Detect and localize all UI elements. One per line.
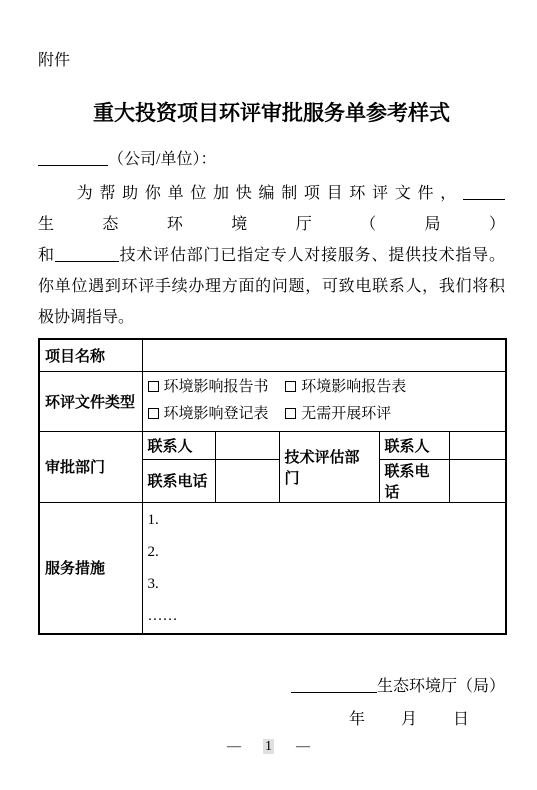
day-label: 日 [453, 711, 469, 728]
checkbox-icon[interactable] [148, 381, 159, 392]
service-measures-label: 服务措施 [39, 502, 142, 634]
checkbox-icon[interactable] [148, 408, 159, 419]
checkbox-option-registration-form[interactable]: 环境影响登记表 [148, 406, 269, 422]
table-row-doc-type: 环评文件类型 环境影响报告书 环境影响报告表 环境影响登记表 无需开展环评 [39, 371, 506, 431]
table-row-project-name: 项目名称 [39, 339, 506, 371]
checkbox-label: 环境影响登记表 [164, 406, 269, 422]
attachment-label: 附件 [38, 52, 505, 70]
doc-type-options-cell: 环境影响报告书 环境影响报告表 环境影响登记表 无需开展环评 [142, 371, 506, 431]
eval-phone-input-cell[interactable] [449, 459, 506, 502]
approval-contact-input-cell[interactable] [215, 431, 279, 459]
footer-right-dash: — [296, 739, 310, 754]
checkbox-line: 环境影响登记表 无需开展环评 [148, 401, 501, 428]
page-footer: —1— [0, 738, 537, 756]
paragraph-line: 你单位遇到环评手续办理方面的问题，可致电联系人，我们将积 [38, 271, 505, 302]
page-title: 重大投资项目环评审批服务单参考样式 [38, 100, 505, 126]
salutation-suffix: （公司/单位）： [108, 151, 216, 168]
paragraph-line: 为帮助你单位加快编制项目环评文件，生态环境厅（局） [38, 178, 505, 240]
checkbox-icon[interactable] [285, 408, 296, 419]
checkbox-line: 环境影响报告书 环境影响报告表 [148, 374, 501, 401]
service-measures-cell[interactable]: 1. 2. 3. …… [142, 502, 506, 634]
service-item: …… [148, 600, 501, 632]
env-dept-name-blank-field[interactable] [463, 195, 505, 200]
paragraph-text: 和 [38, 247, 55, 264]
eval-phone-label: 联系电话 [379, 459, 449, 502]
paragraph-text: 为帮助你单位加快编制项目环评文件， [70, 185, 463, 202]
month-label: 月 [401, 711, 417, 728]
checkbox-option-report-form[interactable]: 环境影响报告表 [285, 379, 406, 395]
eval-dept-name-blank-field[interactable] [55, 257, 119, 262]
checkbox-option-report-book[interactable]: 环境影响报告书 [148, 379, 269, 395]
signature-org-suffix: 生态环境厅（局） [377, 678, 505, 695]
page-number: 1 [263, 739, 274, 754]
company-name-blank-field[interactable] [38, 161, 108, 166]
checkbox-label: 环境影响报告书 [164, 379, 269, 395]
project-name-input-cell[interactable] [142, 339, 506, 371]
salutation-line: （公司/单位）： [38, 150, 505, 170]
service-form-table: 项目名称 环评文件类型 环境影响报告书 环境影响报告表 环境影响登记表 无需开展… [38, 338, 507, 635]
paragraph-line: 极协调指导。 [38, 302, 505, 333]
signature-org-blank-field[interactable] [291, 688, 377, 693]
eval-contact-input-cell[interactable] [449, 431, 506, 459]
project-name-label: 项目名称 [39, 339, 142, 371]
doc-type-label: 环评文件类型 [39, 371, 142, 431]
checkbox-label: 无需开展环评 [301, 406, 391, 422]
approval-phone-label: 联系电话 [142, 459, 215, 502]
eval-dept-label: 技术评估部门 [279, 431, 379, 502]
table-row-service-measures: 服务措施 1. 2. 3. …… [39, 502, 506, 634]
year-label: 年 [349, 711, 365, 728]
approval-contact-label: 联系人 [142, 431, 215, 459]
table-row-approval-dept-contact: 审批部门 联系人 技术评估部门 联系人 [39, 431, 506, 459]
footer-left-dash: — [227, 739, 241, 754]
checkbox-option-no-eia[interactable]: 无需开展环评 [285, 406, 391, 422]
paragraph-line: 和技术评估部门已指定专人对接服务、提供技术指导。 [38, 240, 505, 271]
approval-phone-input-cell[interactable] [215, 459, 279, 502]
paragraph-text: 生态环境厅（局） [38, 216, 505, 233]
paragraph-text: 极协调指导。 [38, 309, 134, 326]
eval-contact-label: 联系人 [379, 431, 449, 459]
document-page: 附件 重大投资项目环评审批服务单参考样式 （公司/单位）： 为帮助你单位加快编制… [0, 0, 537, 790]
signature-line: 生态环境厅（局） [38, 677, 505, 697]
intro-paragraph: 为帮助你单位加快编制项目环评文件，生态环境厅（局） 和技术评估部门已指定专人对接… [38, 178, 505, 333]
date-line: 年月日 [38, 710, 505, 730]
paragraph-text: 技术评估部门已指定专人对接服务、提供技术指导。 [119, 247, 505, 264]
checkbox-label: 环境影响报告表 [301, 379, 406, 395]
paragraph-text: 你单位遇到环评手续办理方面的问题，可致电联系人，我们将积 [38, 278, 505, 295]
service-item: 2. [148, 536, 501, 568]
service-item: 3. [148, 568, 501, 600]
approval-dept-label: 审批部门 [39, 431, 142, 502]
service-item: 1. [148, 504, 501, 536]
checkbox-icon[interactable] [285, 381, 296, 392]
